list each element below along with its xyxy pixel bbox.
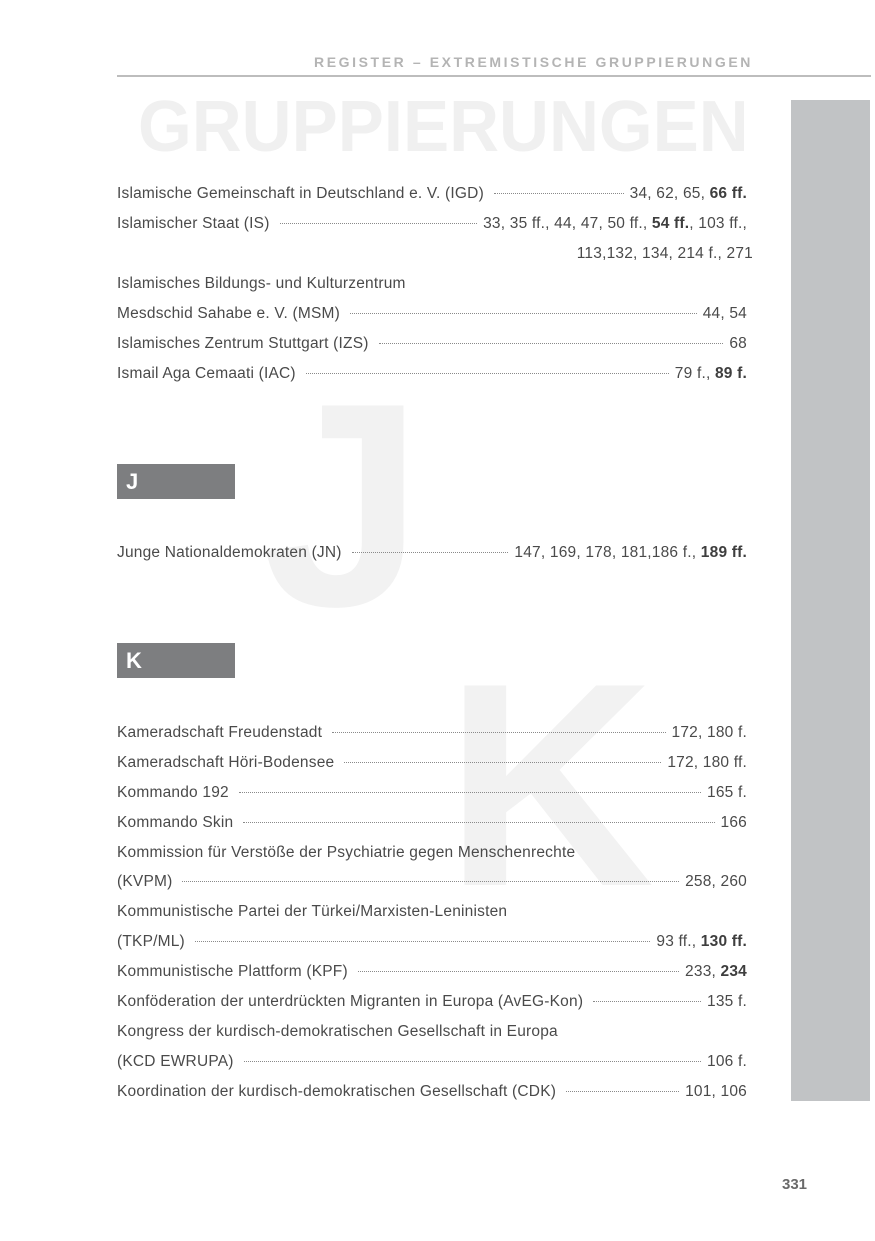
side-tab-bar: [791, 100, 870, 1101]
index-entry: Koordination der kurdisch-demokratischen…: [117, 1077, 747, 1107]
section-letter-j: J: [117, 464, 235, 499]
index-entry: Islamische Gemeinschaft in Deutschland e…: [117, 179, 747, 209]
index-entry: Islamischer Staat (IS)33, 35 ff., 44, 47…: [117, 209, 747, 239]
entry-name-line1: Kommission für Verstöße der Psychiatrie …: [117, 838, 575, 868]
page-number: 331: [782, 1176, 807, 1193]
dot-leader: [379, 342, 724, 344]
entry-name: Junge Nationaldemokraten (JN): [117, 538, 342, 568]
entry-name: Mesdschid Sahabe e. V. (MSM): [117, 299, 340, 329]
index-entry: Kommunistische Plattform (KPF)233, 234: [117, 957, 747, 987]
dot-leader: [182, 880, 679, 882]
entry-name: Kameradschaft Höri-Bodensee: [117, 748, 334, 778]
header-rule: [117, 75, 871, 77]
entry-name-line1: Islamisches Bildungs- und Kulturzentrum: [117, 269, 406, 299]
entry-name-line1: Kommunistische Partei der Türkei/Marxist…: [117, 897, 507, 927]
entry-pages: 79 f., 89 f.: [675, 359, 747, 389]
index-entry: (KCD EWRUPA)106 f.: [117, 1047, 747, 1077]
index-entry: (TKP/ML)93 ff., 130 ff.: [117, 927, 747, 957]
entry-name: Kameradschaft Freudenstadt: [117, 718, 322, 748]
entry-name: Koordination der kurdisch-demokratischen…: [117, 1077, 556, 1107]
entry-pages: 135 f.: [707, 987, 747, 1017]
entry-pages: 172, 180 f.: [672, 718, 747, 748]
dot-leader: [350, 312, 697, 314]
dot-leader: [344, 761, 661, 763]
dot-leader: [332, 731, 665, 733]
section-letter-k: K: [117, 643, 235, 678]
dot-leader: [306, 372, 669, 374]
entry-pages: 166: [721, 808, 747, 838]
index-entry: Mesdschid Sahabe e. V. (MSM)44, 54: [117, 299, 747, 329]
entry-pages: 93 ff., 130 ff.: [656, 927, 747, 957]
entry-pages: 34, 62, 65, 66 ff.: [630, 179, 747, 209]
entry-name: (KVPM): [117, 867, 172, 897]
dot-leader: [195, 940, 650, 942]
entry-pages: 172, 180 ff.: [667, 748, 747, 778]
dot-leader: [244, 1060, 701, 1062]
entry-name: Islamische Gemeinschaft in Deutschland e…: [117, 179, 484, 209]
entry-name: Kommunistische Plattform (KPF): [117, 957, 348, 987]
index-entry: Junge Nationaldemokraten (JN)147, 169, 1…: [117, 538, 747, 568]
dot-leader: [352, 551, 509, 553]
entry-pages: 165 f.: [707, 778, 747, 808]
entry-pages: 233, 234: [685, 957, 747, 987]
dot-leader: [358, 970, 679, 972]
ghost-title-watermark: GRUPPIERUNGEN: [138, 82, 729, 172]
index-entry: Kameradschaft Höri-Bodensee172, 180 ff.: [117, 748, 747, 778]
index-entry: Kameradschaft Freudenstadt172, 180 f.: [117, 718, 747, 748]
entry-pages: 101, 106: [685, 1077, 747, 1107]
dot-leader: [566, 1090, 679, 1092]
entry-pages: 33, 35 ff., 44, 47, 50 ff., 54 ff., 103 …: [483, 209, 747, 239]
index-entry: Kommando Skin166: [117, 808, 747, 838]
entry-name: Islamisches Zentrum Stuttgart (IZS): [117, 329, 369, 359]
entry-name-line1: Kongress der kurdisch-demokratischen Ges…: [117, 1017, 558, 1047]
entry-name: Kommando Skin: [117, 808, 233, 838]
entry-pages: 258, 260: [685, 867, 747, 897]
entry-name: Islamischer Staat (IS): [117, 209, 270, 239]
dot-leader: [593, 1000, 701, 1002]
running-head: REGISTER – EXTREMISTISCHE GRUPPIERUNGEN: [117, 54, 753, 70]
dot-leader: [280, 222, 478, 224]
dot-leader: [494, 192, 624, 194]
entry-pages: 44, 54: [703, 299, 747, 329]
entry-pages: 68: [729, 329, 747, 359]
index-entry: Kommando 192165 f.: [117, 778, 747, 808]
entry-name: Konföderation der unterdrückten Migrante…: [117, 987, 583, 1017]
index-entry: Islamisches Zentrum Stuttgart (IZS)68: [117, 329, 747, 359]
dot-leader: [239, 791, 701, 793]
index-entry: Konföderation der unterdrückten Migrante…: [117, 987, 747, 1017]
index-entry: (KVPM)258, 260: [117, 867, 747, 897]
entry-name: (KCD EWRUPA): [117, 1047, 234, 1077]
dot-leader: [243, 821, 714, 823]
entry-name: Kommando 192: [117, 778, 229, 808]
entry-pages: 106 f.: [707, 1047, 747, 1077]
entry-name: Ismail Aga Cemaati (IAC): [117, 359, 296, 389]
index-entry: Ismail Aga Cemaati (IAC)79 f., 89 f.: [117, 359, 747, 389]
ghost-letter-j: J: [262, 360, 423, 650]
entry-pages: 147, 169, 178, 181,186 f., 189 ff.: [514, 538, 747, 568]
entry-pages-continuation: 113,132, 134, 214 f., 271: [577, 239, 753, 269]
entry-name: (TKP/ML): [117, 927, 185, 957]
